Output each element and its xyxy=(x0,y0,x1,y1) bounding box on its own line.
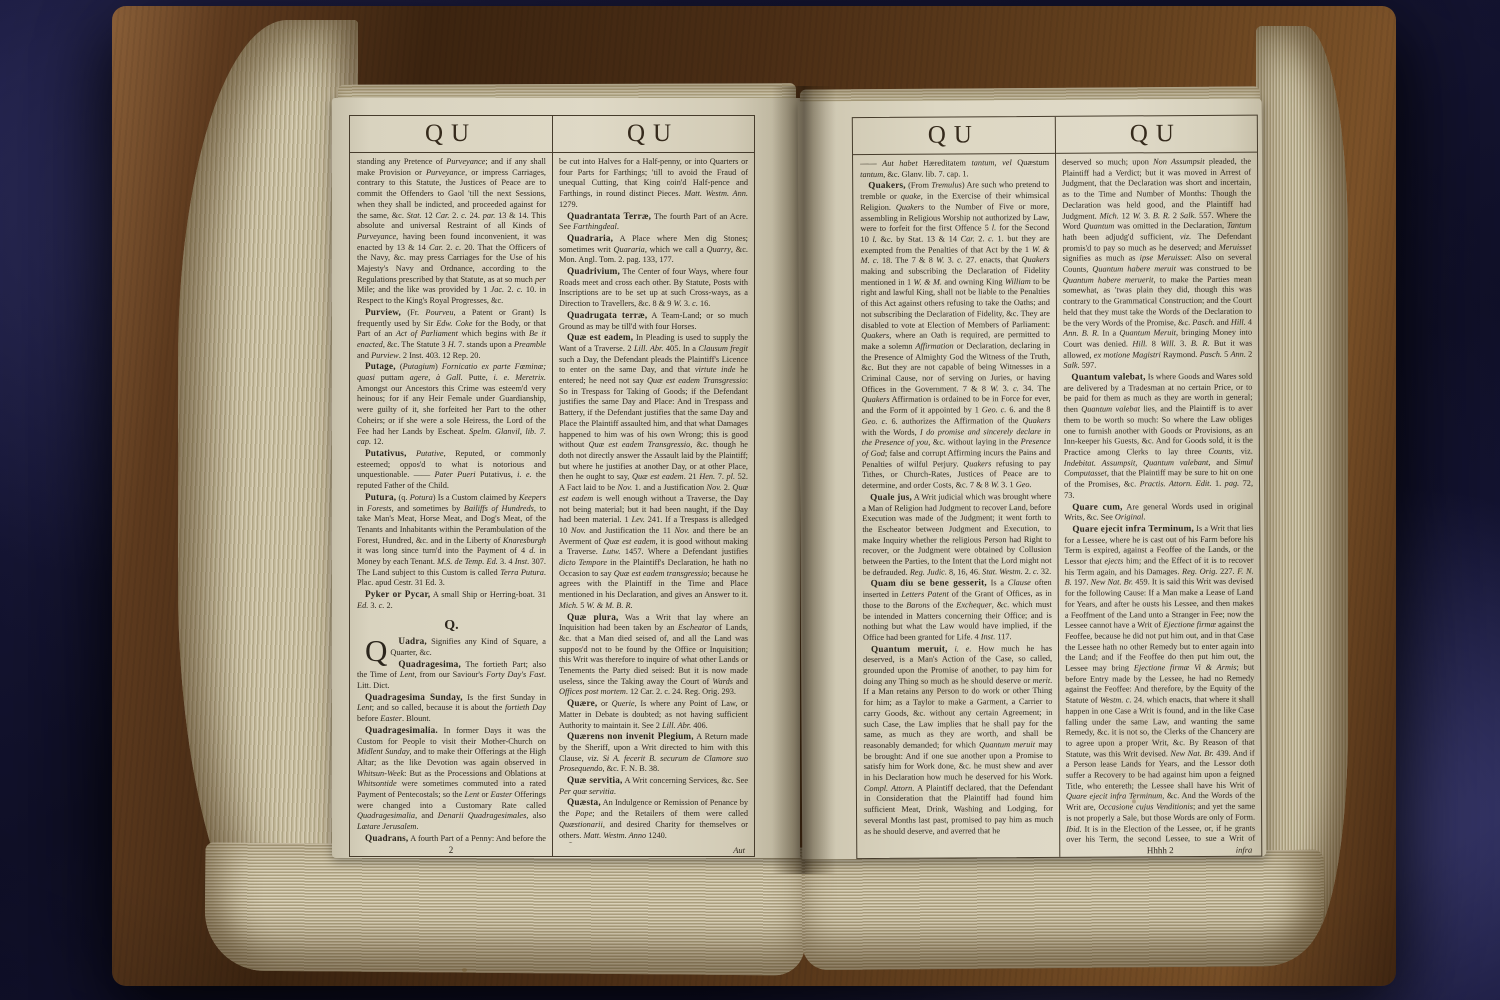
entry-headword: Quam diu se bene gesserit, xyxy=(871,578,987,589)
entry-headword: Quæstus, xyxy=(567,841,605,843)
entry-headword: Putura, xyxy=(365,492,396,502)
dictionary-entry: Quare ejecit infra Terminum, Is a Writ t… xyxy=(1064,523,1255,844)
dictionary-entry: Quam diu se bene gesserit, Is a Clause o… xyxy=(863,577,1052,643)
dictionary-entry: Quæ servitia, A Writ concerning Services… xyxy=(559,775,748,797)
running-head: QU xyxy=(1055,116,1257,153)
dictionary-entry: Putage, (Putagium) Fornicatio ex parte F… xyxy=(357,361,546,448)
entry-headword: Purview, xyxy=(365,307,401,317)
dictionary-entry: Quare cum, Are general Words used in ori… xyxy=(1064,500,1253,524)
entry-headword: Quære, xyxy=(567,698,597,708)
dictionary-entry: Quæsta, An Indulgence or Remission of Pe… xyxy=(559,797,748,841)
running-head: QU xyxy=(552,116,754,152)
dictionary-entry: Quadrugata terræ, A Team-Land; or so muc… xyxy=(559,310,748,332)
dictionary-entry: Putura, (q. Potura) Is a Custom claimed … xyxy=(357,492,546,589)
dictionary-entry: Quakers, (From Tremulus) Are such who pr… xyxy=(860,179,1051,492)
right-page-column-1: —— Aut habet Hæreditatem tantum, vel Quæ… xyxy=(853,154,1059,845)
dictionary-entry: Quale jus, A Writ judicial which was bro… xyxy=(862,491,1052,579)
dictionary-entry: Quadrantata Terræ, The fourth Part of an… xyxy=(559,211,748,233)
entry-headword: Quadragesima Sunday, xyxy=(365,692,463,702)
left-page-column-2: be cut into Halves for a Half-penny, or … xyxy=(552,153,754,843)
right-page-column-2: deserved so much; upon Non Assumpsit ple… xyxy=(1055,153,1261,844)
left-page-frame: QU QU standing any Pretence of Purveyanc… xyxy=(349,115,755,857)
entry-continuation: deserved so much; upon Non Assumpsit ple… xyxy=(1062,157,1252,372)
dictionary-entry: Quadrivium, The Center of four Ways, whe… xyxy=(559,266,748,310)
dictionary-entry: Quæstus, Is that which a Man hath by Pur… xyxy=(559,841,748,843)
entry-headword: Quantum valebat, xyxy=(1071,371,1145,381)
page-edges-bottom-left xyxy=(204,842,805,975)
page-edges-right xyxy=(1256,26,1348,944)
dictionary-entry: Purview, (Fr. Pourveu, a Patent or Grant… xyxy=(357,307,546,362)
entry-headword: Quantum meruit, xyxy=(871,643,948,653)
drop-cap-initial: Q xyxy=(357,637,387,664)
entry-headword: Putage, xyxy=(365,361,396,371)
running-head: QU xyxy=(853,117,1055,154)
right-page-frame: QU QU —— Aut habet Hæreditatem tantum, v… xyxy=(852,115,1263,859)
signature-mark: 2 xyxy=(449,845,454,855)
dictionary-entry: Quærens non invenit Plegium, A Return ma… xyxy=(559,731,748,775)
entry-headword: Quæ plura, xyxy=(567,612,619,622)
entry-continuation: —— Aut habet Hæreditatem tantum, vel Quæ… xyxy=(860,158,1049,181)
text-columns: standing any Pretence of Purveyance; and… xyxy=(350,153,754,843)
dictionary-entry: Quæ est eadem, In Pleading is used to su… xyxy=(559,332,748,611)
signature-mark: Hhhh 2 xyxy=(1147,845,1174,855)
dictionary-entry: Quantum valebat, Is where Goods and Ware… xyxy=(1063,371,1253,502)
entry-headword: Quadragesimalia. xyxy=(365,725,438,735)
dictionary-entry: Putativus, Putative, Reputed, or commonl… xyxy=(357,448,546,492)
entry-headword: Quæsta, xyxy=(567,797,601,807)
dictionary-entry: Quære, or Querie, Is where any Point of … xyxy=(559,698,748,731)
entry-headword: Quæ servitia, xyxy=(567,775,623,785)
page-edges-bottom-right xyxy=(802,850,1325,971)
entry-headword: Quadrantata Terræ, xyxy=(567,211,651,221)
catchword: infra xyxy=(1236,845,1253,855)
running-head: QU xyxy=(350,116,552,152)
book-photograph: QU QU standing any Pretence of Purveyanc… xyxy=(0,0,1500,1000)
entry-headword: Quale jus, xyxy=(870,492,912,502)
entry-headword: Pyker or Pycar, xyxy=(365,589,430,599)
dictionary-entry: QUadra, Signifies any Kind of Square, a … xyxy=(357,636,546,658)
entry-continuation: standing any Pretence of Purveyance; and… xyxy=(357,157,546,307)
entry-headword: Quæ est eadem, xyxy=(567,332,633,342)
entry-continuation: be cut into Halves for a Half-penny, or … xyxy=(559,157,748,211)
entry-headword: Quadrans, xyxy=(365,833,408,843)
dictionary-entry: Quæ plura, Was a Writ that lay where an … xyxy=(559,612,748,699)
dictionary-entry: Quadragesimalia. In former Days it was t… xyxy=(357,725,546,833)
page-edges-left xyxy=(178,20,358,964)
left-page-column-1: standing any Pretence of Purveyance; and… xyxy=(350,153,552,843)
entry-headword: Quadrivium, xyxy=(567,266,620,276)
entry-headword: Uadra, xyxy=(398,636,427,646)
dictionary-entry: Quadrans, A fourth Part of a Penny: And … xyxy=(357,833,546,843)
left-page: QU QU standing any Pretence of Purveyanc… xyxy=(332,98,800,858)
entry-headword: Quadraria, xyxy=(567,233,613,243)
right-page: QU QU —— Aut habet Hæreditatem tantum, v… xyxy=(798,99,1267,860)
entry-headword: Quakers, xyxy=(868,180,906,190)
entry-headword: Quadragesima, xyxy=(398,659,461,669)
section-heading: Q. xyxy=(357,621,546,632)
dictionary-entry: Pyker or Pycar, A small Ship or Herring-… xyxy=(357,589,546,611)
text-columns: —— Aut habet Hæreditatem tantum, vel Quæ… xyxy=(853,153,1261,845)
entry-headword: Putativus, xyxy=(365,448,407,458)
dictionary-entry: Quadragesima Sunday, Is the first Sunday… xyxy=(357,692,546,725)
entry-headword: Quærens non invenit Plegium, xyxy=(567,731,694,741)
entry-headword: Quare ejecit infra Terminum, xyxy=(1072,523,1194,534)
entry-headword: Quare cum, xyxy=(1072,501,1122,511)
entry-headword: Quadrugata terræ, xyxy=(567,310,647,320)
dictionary-entry: Quadraria, A Place where Men dig Stones;… xyxy=(559,233,748,266)
dictionary-entry: Quantum meruit, i. e. How much he has de… xyxy=(863,643,1053,838)
catchword: Aut xyxy=(733,845,745,855)
gutter-shadow xyxy=(772,86,836,874)
